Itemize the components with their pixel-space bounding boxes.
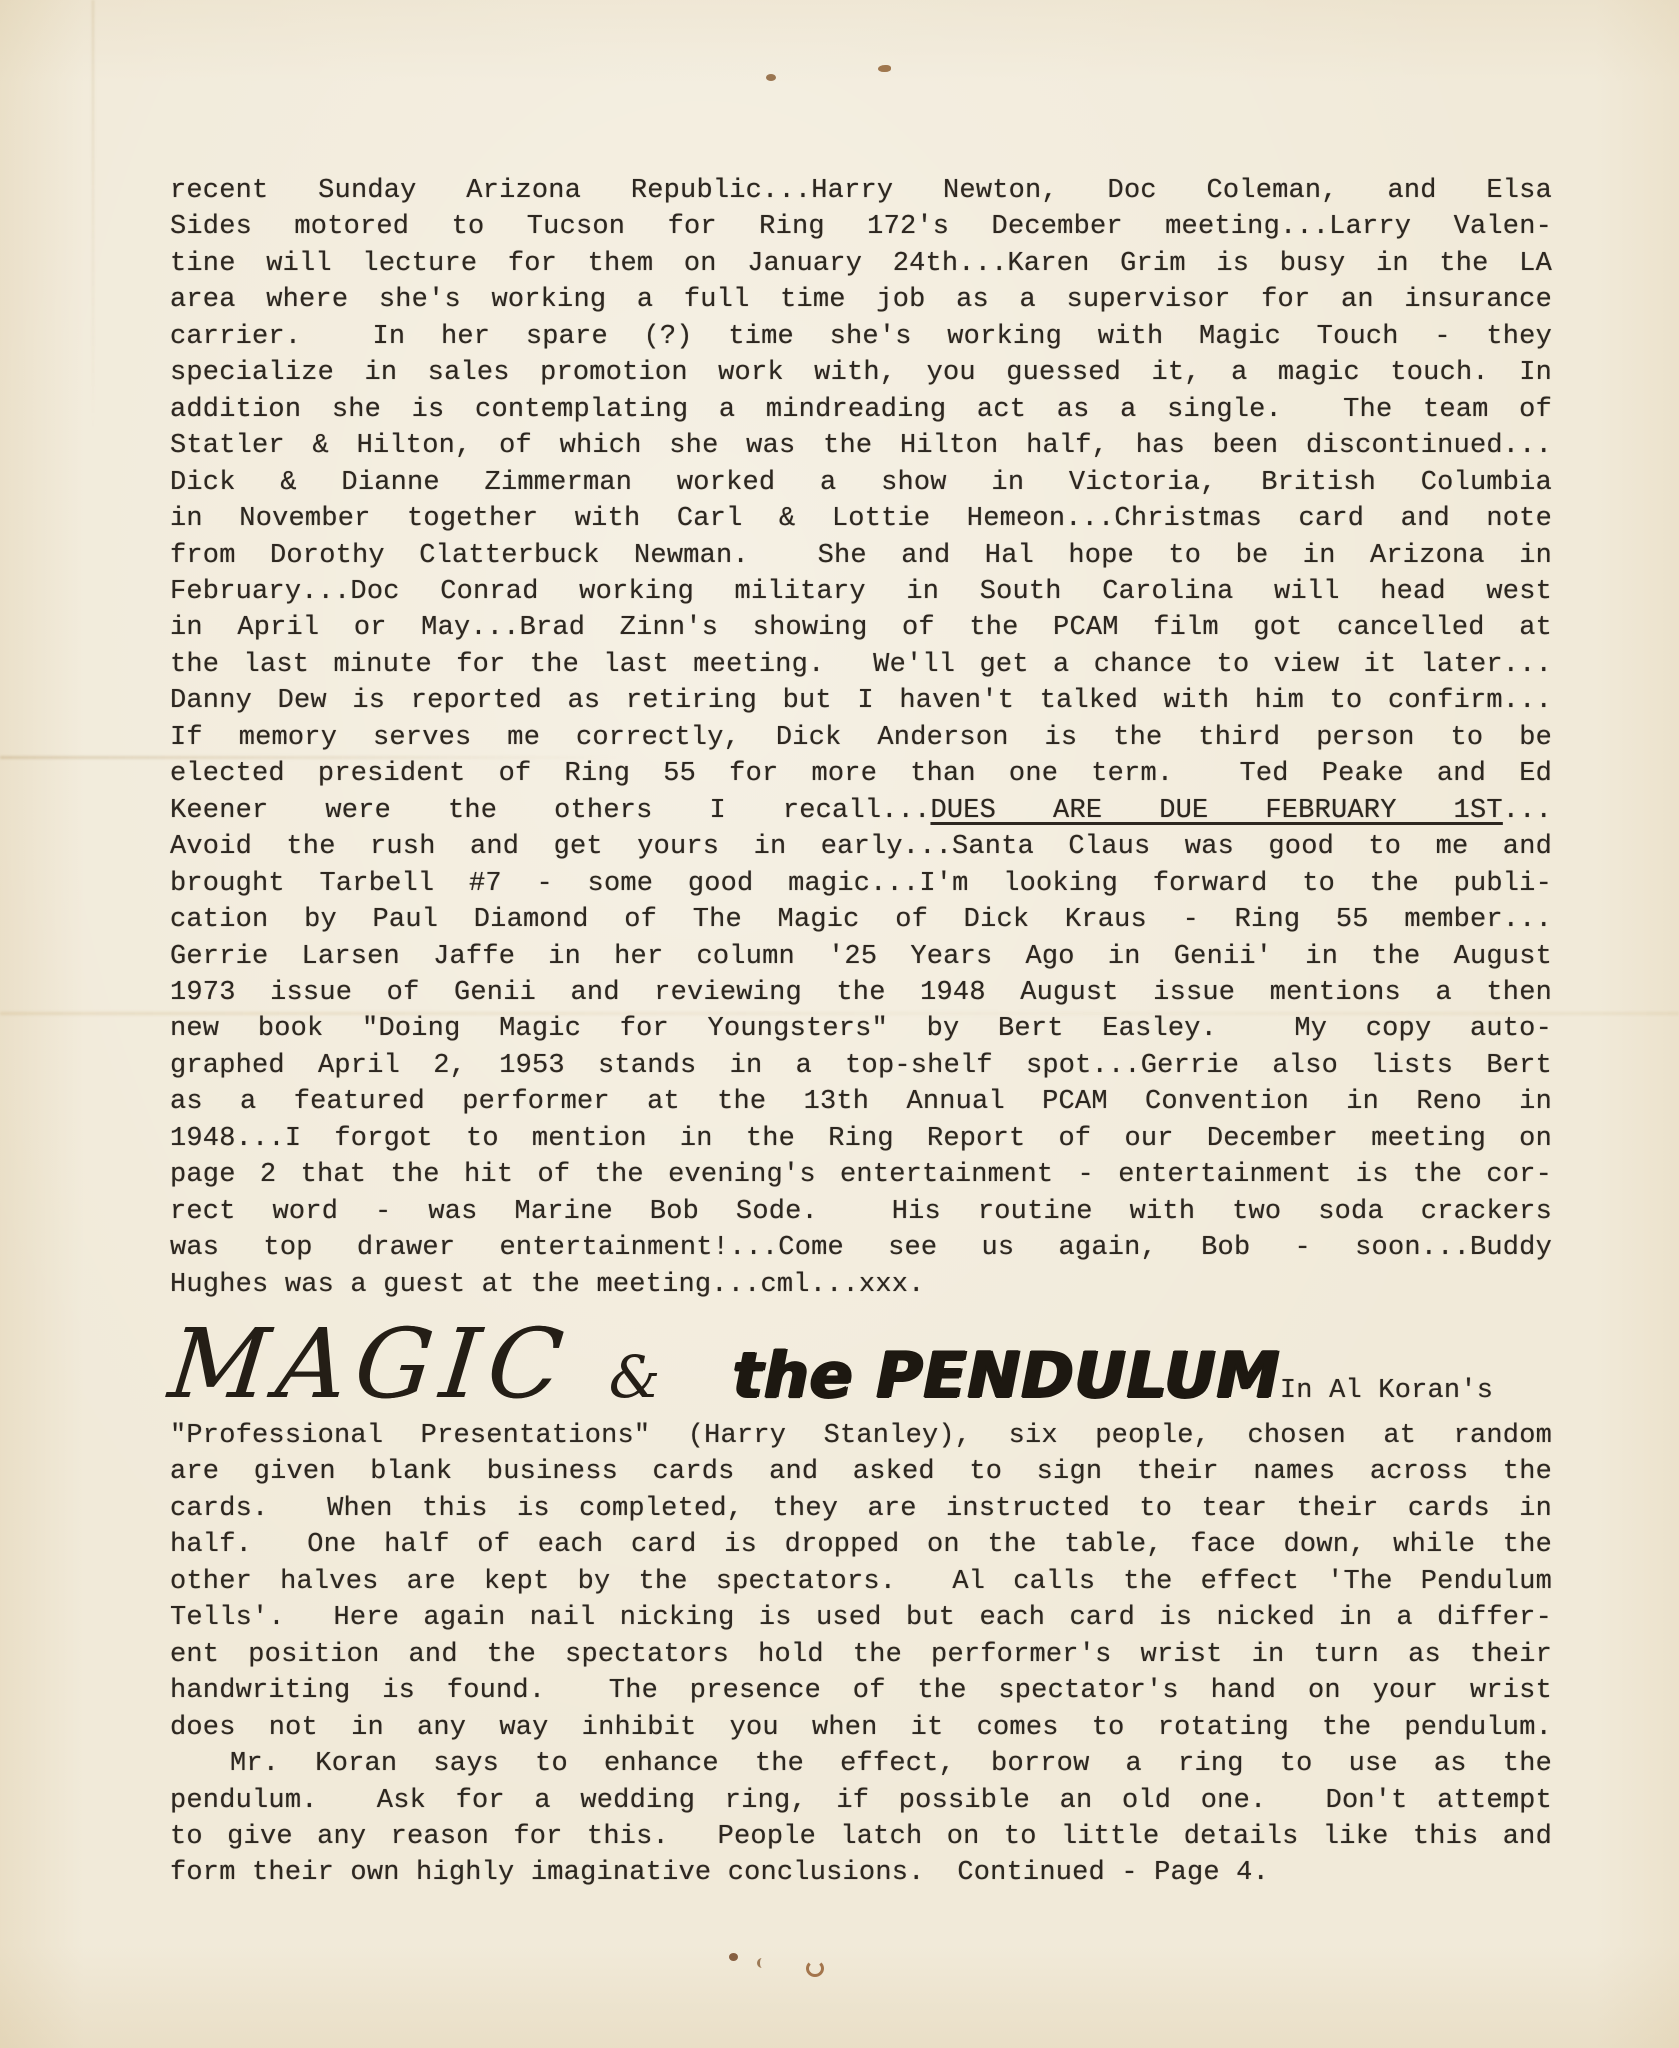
foxing-spot [806,1960,824,1977]
body-line: tine will lecture for them on January 24… [170,246,1552,282]
article-headline: MAGIC & the PENDULUM In Al Koran's [170,1316,1552,1412]
body-line: pendulum. Ask for a wedding ring, if pos… [170,1783,1552,1819]
foxing-spot [729,1953,738,1961]
continued-line: form their own highly imaginative conclu… [170,1855,1552,1891]
body-line: half. One half of each card is dropped o… [170,1527,1552,1563]
foxing-spot [878,65,891,72]
body-line: Avoid the rush and get yours in early...… [170,829,1552,865]
body-line: ent position and the spectators hold the… [170,1637,1552,1673]
body-line: Danny Dew is reported as retiring but I … [170,683,1552,719]
headline-ampersand: & [609,1348,661,1406]
dues-notice-underlined: DUES ARE DUE FEBRUARY 1ST [930,796,1502,826]
headline-lead-in: In Al Koran's [1280,1373,1493,1409]
body-line: other halves are kept by the spectators.… [170,1564,1552,1600]
body-line: February...Doc Conrad working military i… [170,574,1552,610]
dues-line-suffix: ... [1503,796,1552,826]
body-line: are given blank business cards and asked… [170,1454,1552,1490]
body-line: brought Tarbell #7 - some good magic...I… [170,866,1552,902]
body-line: page 2 that the hit of the evening's ent… [170,1157,1552,1193]
body-line: "Professional Presentations" (Harry Stan… [170,1418,1552,1454]
body-line: Dick & Dianne Zimmerman worked a show in… [170,465,1552,501]
body-line: graphed April 2, 1953 stands in a top-sh… [170,1048,1552,1084]
ring-report-paragraph: recent Sunday Arizona Republic...Harry N… [170,173,1552,1303]
body-line: carrier. In her spare (?) time she's wor… [170,319,1552,355]
body-line: Hughes was a guest at the meeting...cml.… [170,1267,1552,1303]
body-line: specialize in sales promotion work with,… [170,355,1552,391]
vertical-fold-crease [92,0,94,430]
body-line: If memory serves me correctly, Dick Ande… [170,720,1552,756]
body-line: new book "Doing Magic for Youngsters" by… [170,1011,1552,1047]
foxing-spot [757,1958,767,1968]
body-line: as a featured performer at the 13th Annu… [170,1084,1552,1120]
body-line: cation by Paul Diamond of The Magic of D… [170,902,1552,938]
body-line: recent Sunday Arizona Republic...Harry N… [170,173,1552,209]
body-line: rect word - was Marine Bob Sode. His rou… [170,1194,1552,1230]
body-line: Statler & Hilton, of which she was the H… [170,428,1552,464]
pendulum-article-paragraph: "Professional Presentations" (Harry Stan… [170,1418,1552,1892]
body-line: Mr. Koran says to enhance the effect, bo… [170,1746,1552,1782]
body-line: the last minute for the last meeting. We… [170,647,1552,683]
dues-line-prefix: Keener were the others I recall... [170,796,930,826]
body-line: to give any reason for this. People latc… [170,1819,1552,1855]
body-line: from Dorothy Clatterbuck Newman. She and… [170,538,1552,574]
body-line: 1948...I forgot to mention in the Ring R… [170,1121,1552,1157]
body-line: handwriting is found. The presence of th… [170,1673,1552,1709]
headline-pendulum: the PENDULUM [732,1344,1280,1407]
dues-due-line: Keener were the others I recall...DUES A… [170,793,1552,829]
body-line: addition she is contemplating a mindread… [170,392,1552,428]
body-line: elected president of Ring 55 for more th… [170,756,1552,792]
body-line: does not in any way inhibit you when it … [170,1710,1552,1746]
body-line: Gerrie Larsen Jaffe in her column '25 Ye… [170,939,1552,975]
foxing-spot [766,74,776,81]
body-line: in November together with Carl & Lottie … [170,501,1552,537]
body-line: 1973 issue of Genii and reviewing the 19… [170,975,1552,1011]
body-line: was top drawer entertainment!...Come see… [170,1230,1552,1266]
body-line: Sides motored to Tucson for Ring 172's D… [170,209,1552,245]
body-line: area where she's working a full time job… [170,282,1552,318]
body-line: Tells'. Here again nail nicking is used … [170,1600,1552,1636]
body-line: in April or May...Brad Zinn's showing of… [170,610,1552,646]
body-line: cards. When this is completed, they are … [170,1491,1552,1527]
newsletter-page: { "headline": { "magic": "MAGIC", "amper… [0,0,1679,2048]
headline-magic: MAGIC [165,1316,576,1412]
